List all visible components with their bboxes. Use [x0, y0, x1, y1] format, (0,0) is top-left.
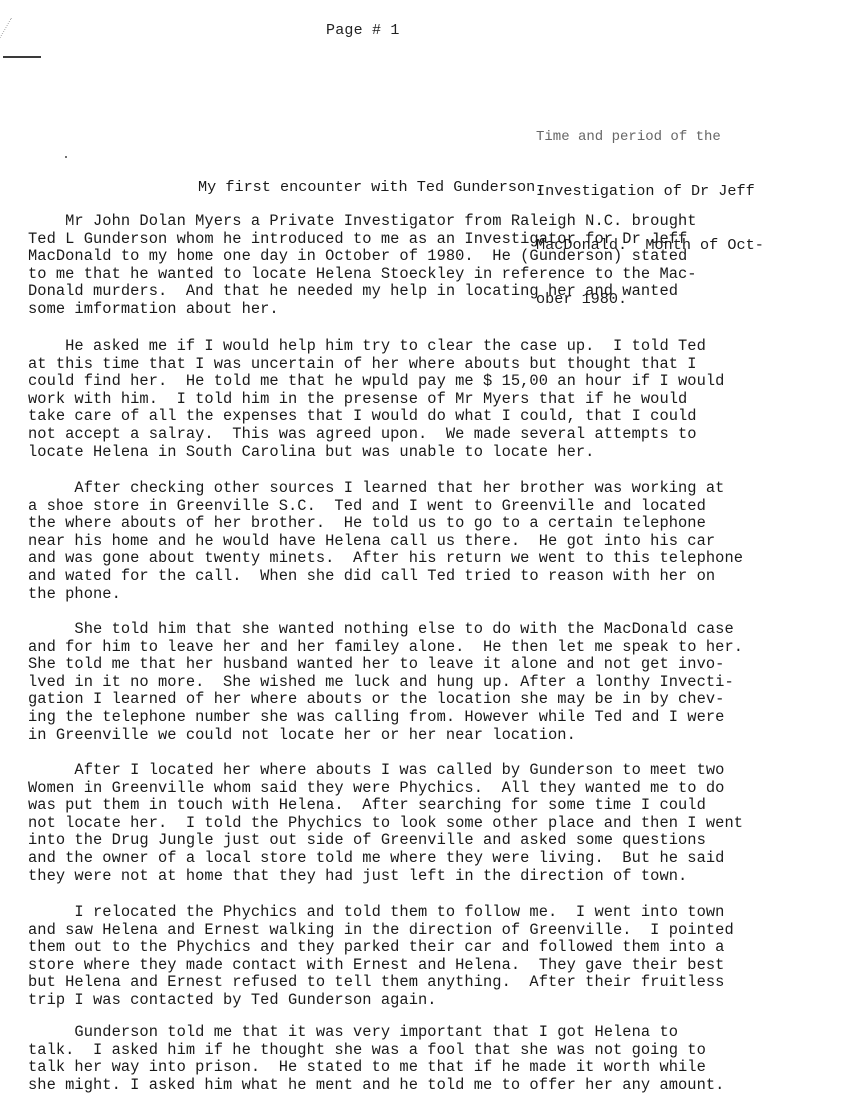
scan-dot: [65, 156, 67, 158]
paragraph-line: and wated for the call. When she did cal…: [28, 568, 743, 586]
paragraph-line: into the Drug Jungle just out side of Gr…: [28, 832, 743, 850]
paragraph: I relocated the Phychics and told them t…: [28, 904, 734, 1010]
scan-edge-mark: [3, 56, 41, 58]
paragraph-line: and the owner of a local store told me w…: [28, 850, 743, 868]
paragraph-line: near his home and he would have Helena c…: [28, 533, 743, 551]
paragraph-line: trip I was contacted by Ted Gunderson ag…: [28, 992, 734, 1010]
paragraph-line: and for him to leave her and her familey…: [28, 639, 743, 657]
paragraph: Gunderson told me that it was very impor…: [28, 1024, 724, 1094]
paragraph-line: After checking other sources I learned t…: [28, 480, 743, 498]
paragraph-line: in Greenville we could not locate her or…: [28, 727, 743, 745]
paragraph: After I located her where abouts I was c…: [28, 762, 743, 885]
paragraph-line: Women in Greenville whom said they were …: [28, 780, 743, 798]
paragraph-line: She told him that she wanted nothing els…: [28, 621, 743, 639]
paragraph-line: and saw Helena and Ernest walking in the…: [28, 922, 734, 940]
paragraph-line: work with him. I told him in the presens…: [28, 391, 724, 409]
paragraph: She told him that she wanted nothing els…: [28, 621, 743, 744]
paragraph-line: but Helena and Ernest refused to tell th…: [28, 974, 734, 992]
paragraph-line: not accept a salray. This was agreed upo…: [28, 426, 724, 444]
paragraph-line: He asked me if I would help him try to c…: [28, 338, 724, 356]
paragraph: He asked me if I would help him try to c…: [28, 338, 724, 461]
scan-speck: [0, 18, 32, 42]
paragraph-line: lved in it no more. She wished me luck a…: [28, 674, 743, 692]
paragraph-line: I relocated the Phychics and told them t…: [28, 904, 734, 922]
paragraph-line: could find her. He told me that he wpuld…: [28, 373, 724, 391]
paragraph-line: take care of all the expenses that I wou…: [28, 408, 724, 426]
paragraph-line: Ted L Gunderson whom he introduced to me…: [28, 231, 697, 249]
paragraph-line: the phone.: [28, 586, 743, 604]
paragraph-line: talk. I asked him if he thought she was …: [28, 1042, 724, 1060]
paragraph-line: she might. I asked him what he ment and …: [28, 1077, 724, 1095]
paragraph-line: and was gone about twenty minets. After …: [28, 550, 743, 568]
paragraph-line: locate Helena in South Carolina but was …: [28, 444, 724, 462]
paragraph-line: a shoe store in Greenville S.C. Ted and …: [28, 498, 743, 516]
paragraph-line: some imformation about her.: [28, 301, 697, 319]
paragraph-line: store where they made contact with Ernes…: [28, 957, 734, 975]
paragraph: After checking other sources I learned t…: [28, 480, 743, 603]
paragraph-line: MacDonald to my home one day in October …: [28, 248, 697, 266]
paragraph-line: not locate her. I told the Phychics to l…: [28, 815, 743, 833]
paragraph: Mr John Dolan Myers a Private Investigat…: [28, 213, 697, 319]
paragraph-line: gation I learned of her where abouts or …: [28, 691, 743, 709]
paragraph-line: was put them in touch with Helena. After…: [28, 797, 743, 815]
paragraph-line: at this time that I was uncertain of her…: [28, 356, 724, 374]
paragraph-line: Gunderson told me that it was very impor…: [28, 1024, 724, 1042]
page-number: Page # 1: [326, 22, 400, 39]
header-note-line: Investigation of Dr Jeff: [536, 182, 764, 200]
paragraph-line: After I located her where abouts I was c…: [28, 762, 743, 780]
paragraph-line: to me that he wanted to locate Helena St…: [28, 266, 697, 284]
paragraph-line: them out to the Phychics and they parked…: [28, 939, 734, 957]
paragraph-line: Mr John Dolan Myers a Private Investigat…: [28, 213, 697, 231]
paragraph-line: they were not at home that they had just…: [28, 868, 743, 886]
document-title: My first encounter with Ted Gunderson.: [198, 178, 544, 196]
paragraph-line: Donald murders. And that he needed my he…: [28, 283, 697, 301]
header-note-line: Time and period of the: [536, 128, 764, 146]
paragraph-line: talk her way into prison. He stated to m…: [28, 1059, 724, 1077]
paragraph-line: ing the telephone number she was calling…: [28, 709, 743, 727]
paragraph-line: She told me that her husband wanted her …: [28, 656, 743, 674]
paragraph-line: the where abouts of her brother. He told…: [28, 515, 743, 533]
